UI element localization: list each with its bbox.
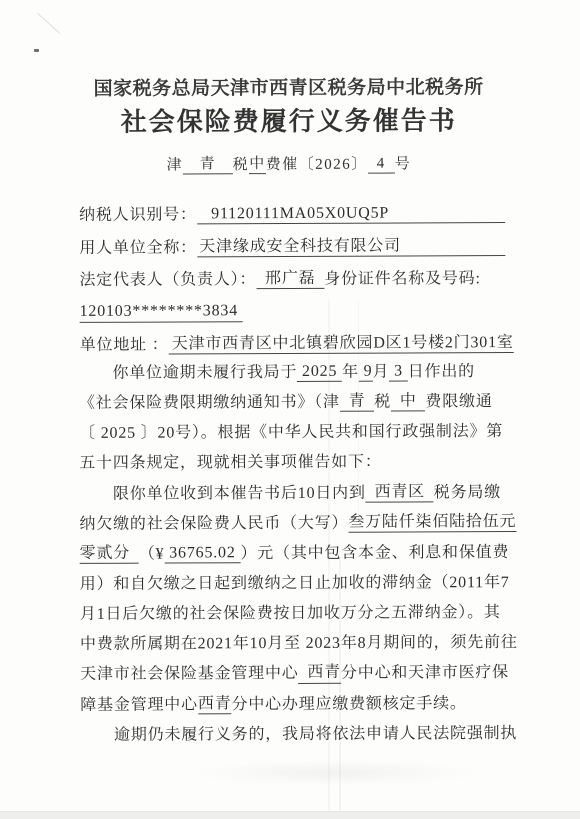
underlined-value: 西青区 xyxy=(366,482,434,502)
doc-line: 用）和自欠缴之日起到缴纳之日止加收的滞纳金（2011年7 xyxy=(80,566,512,598)
doc-line: 限你单位收到本催告书后10日内到 西青区 税务局缴 xyxy=(79,476,511,508)
text-segment: （¥ xyxy=(139,544,165,563)
underlined-value: 零贰分 xyxy=(80,543,139,563)
text-segment: 月1日后欠缴的社会保险费按日加收万分之五滞纳金）。其 xyxy=(80,603,501,624)
underlined-value: 邢广磊 xyxy=(256,269,324,289)
text-segment: 中费款所属期在2021年10月至 2023年8月期间的，须先前往 xyxy=(80,633,518,654)
underlined-value: 天津市西青区中北镇碧欣园D区1号楼2门301室 xyxy=(168,333,513,355)
text-segment: 身份证件名称及号码: xyxy=(324,269,481,289)
underlined-value: 中 xyxy=(249,155,266,174)
text-segment: 纳税人识别号： xyxy=(79,206,197,226)
underlined-value: 120103********3834 xyxy=(80,302,243,323)
doc-line: 〔 2025 〕20号）。根据《中华人民共和国行政强制法》第 xyxy=(79,415,511,447)
text-segment: 号 xyxy=(395,155,412,173)
text-segment: 〔 2025 〕20号）。根据《中华人民共和国行政强制法》第 xyxy=(79,422,503,443)
doc-line: 天津市社会保险基金管理中心 西青分中心和天津市医疗保 xyxy=(80,656,512,688)
underlined-value: 青 xyxy=(183,155,233,174)
doc-line: 用人单位全称：天津缘成安全科技有限公司 xyxy=(79,227,505,261)
text-segment: 津 xyxy=(167,156,184,174)
underlined-value: 西青 xyxy=(299,663,341,683)
text-segment: 障基金管理中心 xyxy=(80,695,198,715)
doc-line: 逾期仍未履行义务的，我局将依法申请人民法院强制执 xyxy=(80,717,512,749)
text-segment: 年 xyxy=(342,363,359,382)
text-segment: 纳欠缴的社会保险费人民币（大写） xyxy=(79,513,348,533)
doc-line: 法定代表人（负责人）： 邢广磊 身份证件名称及号码: xyxy=(79,260,505,294)
document-content: 国家税务总局天津市西青区税务局中北税务所 社会保险费履行义务催告书 津 青 税中… xyxy=(0,0,580,819)
document-number: 津 青 税中费催〔2026〕 4 号 xyxy=(0,151,579,178)
text-segment: 税务局缴 xyxy=(434,483,501,502)
text-segment: 法定代表人（负责人）： xyxy=(79,270,256,290)
doc-line: 纳税人识别号：91120111MA05X0UQ5P xyxy=(79,195,505,229)
doc-line: 零贰分 （¥ 36765.02 ）元（其中包含本金、利息和保值费 xyxy=(80,536,512,568)
text-segment: 日作出的 xyxy=(408,362,475,381)
text-segment: 用人单位全称： xyxy=(79,238,197,258)
doc-line: 120103********3834 xyxy=(79,292,505,326)
document-title: 社会保险费履行义务催告书 xyxy=(0,100,579,140)
doc-line: 《社会保险费限期缴纳通知书》（津 青 税 中 费限缴通 xyxy=(79,385,511,417)
text-segment: 费催〔2026〕 xyxy=(266,156,368,174)
underlined-value: 青 xyxy=(340,392,374,412)
text-segment: 限你单位收到本催告书后10日内到 xyxy=(79,483,365,503)
doc-line: 五十四条规定，现就相关事项催告如下： xyxy=(79,445,511,477)
underlined-value: 9 xyxy=(359,362,373,382)
underlined-value: 91120111MA05X0UQ5P xyxy=(197,203,505,225)
doc-line: 津 青 税中费催〔2026〕 4 号 xyxy=(0,151,579,178)
underlined-value: 叁万陆仟柒佰陆拾伍元 xyxy=(348,512,516,533)
scanned-document-page: 国家税务总局天津市西青区税务局中北税务所 社会保险费履行义务催告书 津 青 税中… xyxy=(0,0,580,819)
text-segment: 分中心办理应缴费额核定手续。 xyxy=(231,694,466,714)
text-segment: 五十四条规定，现就相关事项催告如下： xyxy=(79,453,381,474)
text-segment: 税 xyxy=(374,393,391,412)
doc-line: 单位地址 ：天津市西青区中北镇碧欣园D区1号楼2门301室 xyxy=(80,325,506,359)
text-segment: 单位地址 ： xyxy=(80,335,169,355)
underlined-value: 36765.02 xyxy=(164,543,240,564)
text-segment: 用）和自欠缴之日起到缴纳之日止加收的滞纳金（2011年7 xyxy=(80,573,510,594)
doc-line: 中费款所属期在2021年10月至 2023年8月期间的，须先前往 xyxy=(80,626,512,658)
text-segment: 费限缴通 xyxy=(425,392,492,411)
issuing-authority: 国家税务总局天津市西青区税务局中北税务所 xyxy=(0,72,579,102)
text-segment: 税 xyxy=(233,156,250,174)
underlined-value: 西青 xyxy=(198,694,232,714)
underlined-value: 中 xyxy=(391,392,425,412)
text-segment: 月 xyxy=(372,363,389,382)
underlined-value: 天津缘成安全科技有限公司 xyxy=(197,236,505,258)
field-lines: 纳税人识别号：91120111MA05X0UQ5P用人单位全称：天津缘成安全科技… xyxy=(79,195,506,359)
text-segment: 分中心和天津市医疗保 xyxy=(341,663,509,683)
doc-line: 月1日后欠缴的社会保险费按日加收万分之五滞纳金）。其 xyxy=(80,596,512,628)
underlined-value: 2025 xyxy=(297,362,342,382)
text-segment: 《社会保险费限期缴纳通知书》（津 xyxy=(79,393,340,413)
body-lines: 你单位逾期未履行我局于 2025 年 9月 3 日作出的《社会保险费限期缴纳通知… xyxy=(79,355,513,749)
text-segment: ）元（其中包含本金、利息和保值费 xyxy=(240,543,509,563)
doc-line: 你单位逾期未履行我局于 2025 年 9月 3 日作出的 xyxy=(79,355,511,387)
text-segment: 天津市社会保险基金管理中心 xyxy=(80,664,298,684)
underlined-value: 3 xyxy=(389,361,407,381)
text-segment: 逾期仍未履行义务的，我局将依法申请人民法院强制执 xyxy=(80,724,517,745)
underlined-value: 4 xyxy=(368,155,395,174)
text-segment: 你单位逾期未履行我局于 xyxy=(79,363,297,383)
doc-line: 纳欠缴的社会保险费人民币（大写）叁万陆仟柒佰陆拾伍元 xyxy=(79,506,511,538)
doc-line: 障基金管理中心西青分中心办理应缴费额核定手续。 xyxy=(80,687,512,719)
